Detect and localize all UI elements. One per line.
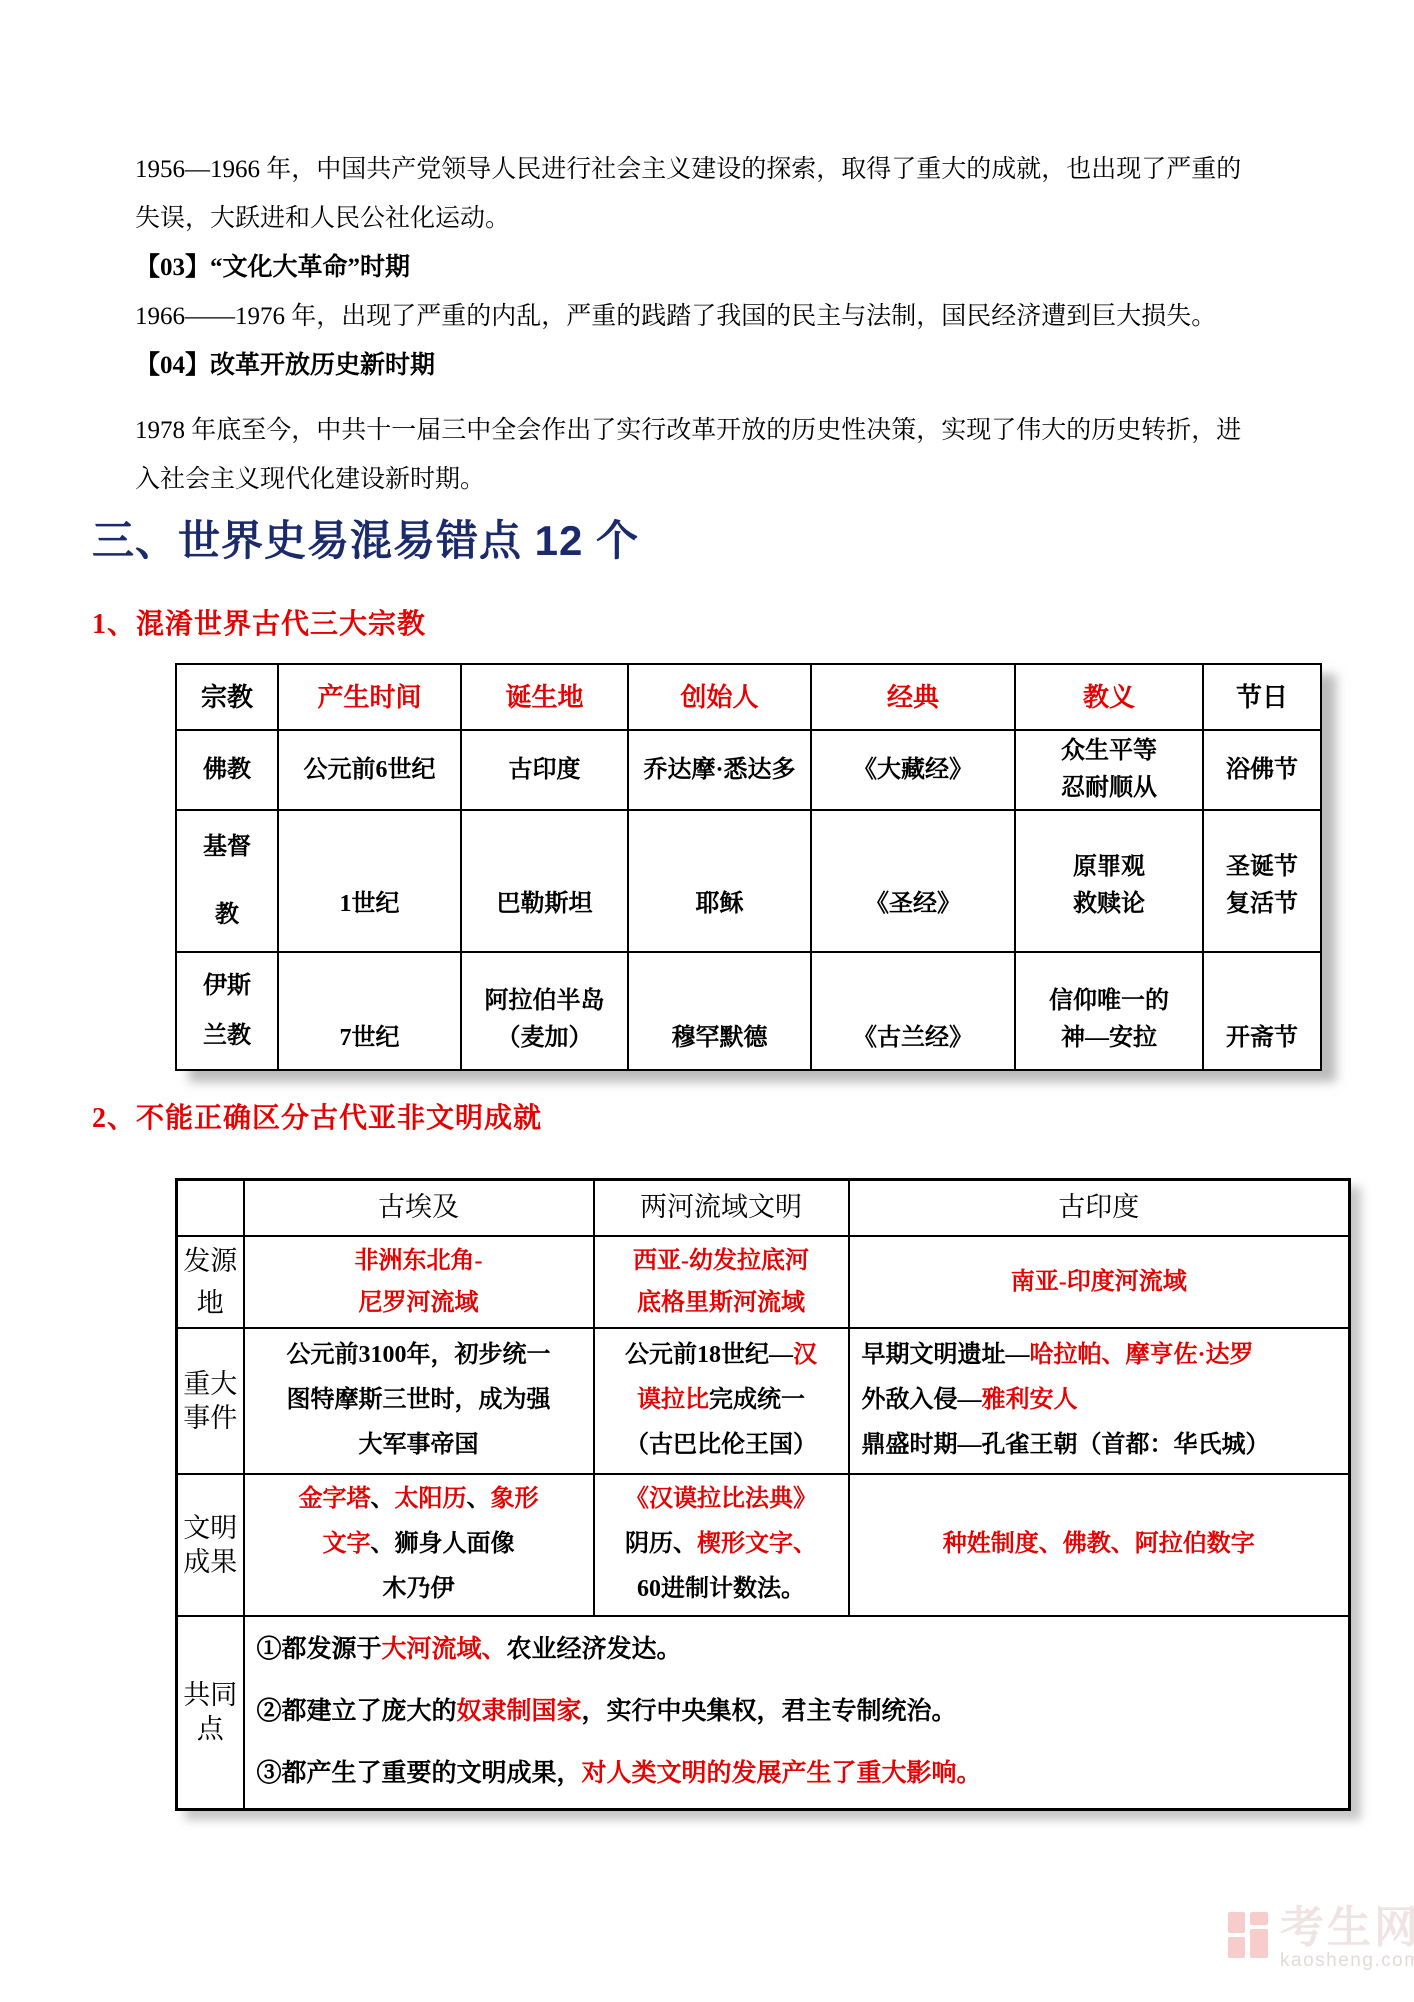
- text-segment: 圣诞节: [1226, 854, 1298, 880]
- text-segment: 浴佛节: [1226, 757, 1298, 783]
- text-line: 早期文明遗址—哈拉帕、摩亨佐·达罗: [862, 1333, 1347, 1378]
- text-line: 公元前6世纪: [281, 752, 458, 789]
- text-line: 巴勒斯坦: [464, 886, 625, 923]
- text-segment: 产生时间: [317, 683, 421, 712]
- text-line: 失误，大跃进和人民公社化运动。: [135, 194, 1325, 243]
- religions-table: 宗教产生时间诞生地创始人经典教义节日佛教公元前6世纪古印度乔达摩·悉达多《大藏经…: [175, 663, 1322, 1071]
- text-line: ②都建立了庞大的奴隶制国家，实行中央集权，君主专制统治。: [257, 1681, 1347, 1743]
- header-cell: 古埃及: [244, 1180, 594, 1236]
- text-segment: 南亚-印度河流域: [1011, 1269, 1187, 1295]
- text-segment: 忍耐顺从: [1061, 775, 1157, 801]
- text-line: 事件: [178, 1401, 243, 1435]
- header-cell: 节日: [1203, 664, 1321, 730]
- text-line: 1978 年底至今，中共十一届三中全会作出了实行改革开放的历史性决策，实现了伟大…: [135, 406, 1325, 455]
- text-segment: 古埃及: [378, 1192, 459, 1222]
- text-line: 佛教: [179, 752, 275, 789]
- text-segment: 节日: [1236, 683, 1288, 712]
- section-title: 三、世界史易混易错点 12 个: [92, 508, 639, 568]
- text-segment: （麦加）: [497, 1025, 593, 1051]
- header-cell: 宗教: [176, 664, 278, 730]
- text-line: 谟拉比完成统一: [597, 1378, 846, 1423]
- text-segment: 种姓制度、佛教、阿拉伯数字: [943, 1531, 1255, 1557]
- header-cell: 两河流域文明: [594, 1180, 849, 1236]
- text-line: 【03】“文化大革命”时期: [135, 243, 1325, 292]
- table-cell: 原罪观救赎论: [1015, 810, 1203, 952]
- text-segment: 哈拉帕、摩亨佐·达罗: [1030, 1342, 1254, 1368]
- table-cell: 公元前3100年，初步统一图特摩斯三世时，成为强大军事帝国: [244, 1328, 594, 1474]
- header-cell: 创始人: [628, 664, 811, 730]
- text-segment: 金字塔: [299, 1486, 371, 1512]
- table-cell: 众生平等忍耐顺从: [1015, 730, 1203, 810]
- table-cell: ①都发源于大河流域、农业经济发达。②都建立了庞大的奴隶制国家，实行中央集权，君主…: [244, 1616, 1350, 1810]
- text-line: 点: [178, 1712, 243, 1746]
- table-row: 伊斯兰教7世纪阿拉伯半岛（麦加）穆罕默德《古兰经》信仰唯一的神—安拉开斋节: [176, 952, 1321, 1070]
- text-segment: 两河流域文明: [640, 1192, 802, 1222]
- text-segment: 阴历、: [625, 1531, 697, 1557]
- text-segment: 非洲东北角-: [355, 1248, 483, 1274]
- text-segment: 经典: [887, 683, 939, 712]
- text-segment: 图特摩斯三世时，成为强: [287, 1387, 551, 1413]
- text-segment: 基督: [203, 834, 251, 860]
- table-cell: 《汉谟拉比法典》阴历、楔形文字、60进制计数法。: [594, 1474, 849, 1616]
- text-segment: 诞生地: [505, 683, 583, 712]
- text-segment: 大军事帝国: [359, 1432, 479, 1458]
- table-cell: 圣诞节复活节: [1203, 810, 1321, 952]
- text-segment: 地: [197, 1288, 224, 1318]
- text-line: 古印度: [464, 752, 625, 789]
- text-line: 60进制计数法。: [597, 1567, 846, 1612]
- watermark-text: 考生网 kaosheng.com: [1280, 1908, 1414, 1972]
- text-segment: 救赎论: [1073, 891, 1145, 917]
- text-segment: 外敌入侵—: [862, 1387, 982, 1413]
- table-row: 基督教1世纪巴勒斯坦耶稣《圣经》原罪观救赎论圣诞节复活节: [176, 810, 1321, 952]
- row-label-cell: 重大事件: [177, 1328, 244, 1474]
- text-segment: 文字: [323, 1531, 371, 1557]
- header-cell: 产生时间: [278, 664, 461, 730]
- text-segment: 成果: [183, 1547, 237, 1577]
- row-label-cell: 佛教: [176, 730, 278, 810]
- table-row: 文明成果金字塔、太阳历、象形文字、狮身人面像木乃伊《汉谟拉比法典》阴历、楔形文字…: [177, 1474, 1350, 1616]
- text-segment: 象形: [491, 1486, 539, 1512]
- text-line: ①都发源于大河流域、农业经济发达。: [257, 1619, 1347, 1681]
- civilizations-table: 古埃及两河流域文明古印度发源地非洲东北角-尼罗河流域西亚-幼发拉底河底格里斯河流…: [175, 1178, 1351, 1811]
- row-label-cell: 伊斯兰教: [176, 952, 278, 1070]
- text-line: 公元前18世纪—汉: [597, 1333, 846, 1378]
- text-segment: 事件: [183, 1403, 237, 1433]
- text-segment: 1978 年底至今，中共十一届三中全会作出了实行改革开放的历史性决策，实现了伟大…: [135, 417, 1241, 444]
- subheading-religions: 1、混淆世界古代三大宗教: [92, 602, 426, 642]
- text-segment: 底格里斯河流域: [637, 1290, 805, 1316]
- text-segment: 开斋节: [1226, 1025, 1298, 1051]
- table-cell: 古印度: [461, 730, 628, 810]
- text-line: 《大藏经》: [814, 752, 1012, 789]
- header-cell: 教义: [1015, 664, 1203, 730]
- text-segment: 完成统一: [709, 1387, 805, 1413]
- text-segment: ①都发源于: [257, 1636, 382, 1663]
- text-segment: 公元前3100年，初步统一: [287, 1342, 551, 1368]
- text-segment: 1966——1976 年，出现了严重的内乱，严重的践踏了我国的民主与法制，国民经…: [135, 303, 1216, 330]
- row-label-cell: 共同点: [177, 1616, 244, 1810]
- text-segment: 木乃伊: [383, 1576, 455, 1602]
- text-segment: 、: [467, 1486, 491, 1512]
- text-line: （麦加）: [464, 1020, 625, 1057]
- text-line: 非洲东北角-: [247, 1240, 591, 1282]
- text-segment: 失误，大跃进和人民公社化运动。: [135, 205, 510, 232]
- text-segment: 众生平等: [1061, 738, 1157, 764]
- text-segment: 教: [215, 902, 239, 928]
- table-header-row: 宗教产生时间诞生地创始人经典教义节日: [176, 664, 1321, 730]
- text-line: 创始人: [631, 679, 808, 716]
- text-segment: 点: [197, 1714, 224, 1744]
- text-segment: 巴勒斯坦: [497, 891, 593, 917]
- text-line: 古埃及: [247, 1185, 591, 1230]
- text-line: ③都产生了重要的文明成果，对人类文明的发展产生了重大影响。: [257, 1743, 1347, 1805]
- table-cell: 阿拉伯半岛（麦加）: [461, 952, 628, 1070]
- text-line: 成果: [178, 1545, 243, 1579]
- text-segment: 公元前6世纪: [304, 757, 436, 783]
- table-row: 发源地非洲东北角-尼罗河流域西亚-幼发拉底河底格里斯河流域南亚-印度河流域: [177, 1236, 1350, 1328]
- text-line: 《汉谟拉比法典》: [597, 1477, 846, 1522]
- table-cell: 信仰唯一的神—安拉: [1015, 952, 1203, 1070]
- table-row: 共同点①都发源于大河流域、农业经济发达。②都建立了庞大的奴隶制国家，实行中央集权…: [177, 1616, 1350, 1810]
- text-line: 《圣经》: [814, 886, 1012, 923]
- text-line: 阿拉伯半岛: [464, 983, 625, 1020]
- text-segment: 信仰唯一的: [1049, 988, 1169, 1014]
- text-line: 基督: [179, 813, 275, 881]
- text-segment: 公元前18世纪—: [625, 1342, 793, 1368]
- table-cell: 早期文明遗址—哈拉帕、摩亨佐·达罗外敌入侵—雅利安人鼎盛时期—孔雀王朝（首都：华…: [849, 1328, 1350, 1474]
- text-line: 忍耐顺从: [1018, 770, 1200, 807]
- text-line: 图特摩斯三世时，成为强: [247, 1378, 591, 1423]
- text-line: 【04】改革开放历史新时期: [135, 341, 1325, 390]
- text-segment: 《汉谟拉比法典》: [625, 1486, 817, 1512]
- text-segment: 【04】改革开放历史新时期: [135, 352, 435, 379]
- text-line: 教义: [1018, 679, 1200, 716]
- text-line: 兰教: [179, 1011, 275, 1061]
- text-segment: 神—安拉: [1061, 1025, 1157, 1051]
- document-page: 1956—1966 年，中国共产党领导人民进行社会主义建设的探索，取得了重大的成…: [0, 0, 1414, 2002]
- text-segment: 创始人: [680, 683, 758, 712]
- text-segment: 耶稣: [696, 891, 744, 917]
- religions-table-body: 宗教产生时间诞生地创始人经典教义节日佛教公元前6世纪古印度乔达摩·悉达多《大藏经…: [176, 664, 1321, 1070]
- text-line: 古印度: [852, 1185, 1347, 1230]
- text-line: 文字、狮身人面像: [247, 1522, 591, 1567]
- text-line: 众生平等: [1018, 733, 1200, 770]
- text-segment: 古印度: [509, 757, 581, 783]
- watermark: 考生网 kaosheng.com: [1228, 1908, 1414, 1972]
- text-line: 耶稣: [631, 886, 808, 923]
- kaosheng-logo-icon: [1228, 1912, 1268, 1960]
- text-segment: 文明: [183, 1513, 237, 1543]
- table-cell: 《圣经》: [811, 810, 1015, 952]
- table-cell: 非洲东北角-尼罗河流域: [244, 1236, 594, 1328]
- text-line: 穆罕默德: [631, 1020, 808, 1057]
- text-line: 诞生地: [464, 679, 625, 716]
- text-line: 外敌入侵—雅利安人: [862, 1378, 1347, 1423]
- text-line: 圣诞节: [1206, 849, 1318, 886]
- table-row: 重大事件公元前3100年，初步统一图特摩斯三世时，成为强大军事帝国公元前18世纪…: [177, 1328, 1350, 1474]
- text-line: 复活节: [1206, 886, 1318, 923]
- text-line: 1966——1976 年，出现了严重的内乱，严重的践踏了我国的民主与法制，国民经…: [135, 292, 1325, 341]
- table-row: 佛教公元前6世纪古印度乔达摩·悉达多《大藏经》众生平等忍耐顺从浴佛节: [176, 730, 1321, 810]
- text-segment: 谟拉比: [637, 1387, 709, 1413]
- text-segment: 佛教: [203, 757, 251, 783]
- text-segment: 60进制计数法。: [637, 1576, 805, 1602]
- text-line: 伊斯: [179, 961, 275, 1011]
- text-segment: 教义: [1083, 683, 1135, 712]
- text-line: 入社会主义现代化建设新时期。: [135, 455, 1325, 504]
- text-line: 鼎盛时期—孔雀王朝（首都：华氏城）: [862, 1423, 1347, 1468]
- text-segment: 对人类文明的发展产生了重大影响。: [582, 1760, 982, 1787]
- paragraph: 1978 年底至今，中共十一届三中全会作出了实行改革开放的历史性决策，实现了伟大…: [135, 406, 1325, 504]
- row-label-cell: 基督教: [176, 810, 278, 952]
- text-segment: 鼎盛时期—孔雀王朝（首都：华氏城）: [862, 1432, 1270, 1458]
- text-line: 神—安拉: [1018, 1020, 1200, 1057]
- text-line: 西亚-幼发拉底河: [597, 1240, 846, 1282]
- text-segment: 宗教: [201, 683, 253, 712]
- text-segment: 奴隶制国家: [457, 1698, 582, 1725]
- text-line: 经典: [814, 679, 1012, 716]
- watermark-site-name: 考生网: [1280, 1908, 1414, 1948]
- subheading-civilizations: 2、不能正确区分古代亚非文明成就: [92, 1096, 542, 1136]
- text-line: 大军事帝国: [247, 1423, 591, 1468]
- table-cell: 浴佛节: [1203, 730, 1321, 810]
- text-segment: 古印度: [1058, 1192, 1139, 1222]
- table-cell: 1世纪: [278, 810, 461, 952]
- header-cell: 经典: [811, 664, 1015, 730]
- table-cell: 耶稣: [628, 810, 811, 952]
- text-segment: 雅利安人: [982, 1387, 1078, 1413]
- text-line: 1956—1966 年，中国共产党领导人民进行社会主义建设的探索，取得了重大的成…: [135, 145, 1325, 194]
- text-segment: ，实行中央集权，君主专制统治。: [582, 1698, 957, 1725]
- text-line: 公元前3100年，初步统一: [247, 1333, 591, 1378]
- text-line: 发源: [178, 1240, 243, 1282]
- table-cell: 7世纪: [278, 952, 461, 1070]
- table-cell: 巴勒斯坦: [461, 810, 628, 952]
- text-segment: 兰教: [203, 1023, 251, 1049]
- text-line: 教: [179, 881, 275, 949]
- text-line: 尼罗河流域: [247, 1282, 591, 1324]
- text-line: 木乃伊: [247, 1567, 591, 1612]
- text-segment: 汉: [793, 1342, 817, 1368]
- text-line: 浴佛节: [1206, 752, 1318, 789]
- text-line: 种姓制度、佛教、阿拉伯数字: [852, 1522, 1347, 1567]
- text-line: 阴历、楔形文字、: [597, 1522, 846, 1567]
- text-line: 地: [178, 1282, 243, 1324]
- text-segment: 早期文明遗址—: [862, 1342, 1030, 1368]
- text-segment: 穆罕默德: [672, 1025, 768, 1051]
- paragraph: 【03】“文化大革命”时期: [135, 243, 1325, 292]
- text-segment: 7世纪: [340, 1025, 400, 1051]
- text-line: 重大: [178, 1367, 243, 1401]
- text-segment: 乔达摩·悉达多: [643, 757, 795, 783]
- text-line: 信仰唯一的: [1018, 983, 1200, 1020]
- text-line: 节日: [1206, 679, 1318, 716]
- text-segment: 复活节: [1226, 891, 1298, 917]
- table-cell: 《古兰经》: [811, 952, 1015, 1070]
- text-line: 乔达摩·悉达多: [631, 752, 808, 789]
- text-line: 原罪观: [1018, 849, 1200, 886]
- text-segment: 、: [371, 1486, 395, 1512]
- text-line: 救赎论: [1018, 886, 1200, 923]
- table-cell: 穆罕默德: [628, 952, 811, 1070]
- table-cell: 西亚-幼发拉底河底格里斯河流域: [594, 1236, 849, 1328]
- text-segment: 、狮身人面像: [371, 1531, 515, 1557]
- text-line: 金字塔、太阳历、象形: [247, 1477, 591, 1522]
- text-segment: 大河流域、: [382, 1636, 507, 1663]
- text-segment: 《古兰经》: [853, 1025, 973, 1051]
- header-cell: 诞生地: [461, 664, 628, 730]
- text-line: 两河流域文明: [597, 1185, 846, 1230]
- text-segment: 太阳历: [395, 1486, 467, 1512]
- text-segment: 农业经济发达。: [507, 1636, 682, 1663]
- text-segment: 入社会主义现代化建设新时期。: [135, 466, 485, 493]
- text-line: 《古兰经》: [814, 1020, 1012, 1057]
- text-line: 产生时间: [281, 679, 458, 716]
- table-cell: 种姓制度、佛教、阿拉伯数字: [849, 1474, 1350, 1616]
- table-cell: 《大藏经》: [811, 730, 1015, 810]
- text-segment: 阿拉伯半岛: [485, 988, 605, 1014]
- table-cell: 金字塔、太阳历、象形文字、狮身人面像木乃伊: [244, 1474, 594, 1616]
- paragraph: 【04】改革开放历史新时期: [135, 341, 1325, 390]
- table-header-row: 古埃及两河流域文明古印度: [177, 1180, 1350, 1236]
- text-line: 开斋节: [1206, 1020, 1318, 1057]
- text-segment: ②都建立了庞大的: [257, 1698, 457, 1725]
- paragraph: 1966——1976 年，出现了严重的内乱，严重的践踏了我国的民主与法制，国民经…: [135, 292, 1325, 341]
- table-cell: 南亚-印度河流域: [849, 1236, 1350, 1328]
- text-segment: 发源: [183, 1246, 237, 1276]
- row-label-cell: 文明成果: [177, 1474, 244, 1616]
- text-segment: 原罪观: [1073, 854, 1145, 880]
- paragraph: 1956—1966 年，中国共产党领导人民进行社会主义建设的探索，取得了重大的成…: [135, 145, 1325, 243]
- text-segment: 《大藏经》: [853, 757, 973, 783]
- text-segment: 尼罗河流域: [359, 1290, 479, 1316]
- text-segment: 【03】“文化大革命”时期: [135, 254, 410, 281]
- text-line: 文明: [178, 1511, 243, 1545]
- row-label-cell: 发源地: [177, 1236, 244, 1328]
- table-cell: 公元前18世纪—汉谟拉比完成统一（古巴比伦王国）: [594, 1328, 849, 1474]
- text-line: 底格里斯河流域: [597, 1282, 846, 1324]
- text-segment: 西亚-幼发拉底河: [633, 1248, 809, 1274]
- text-line: 南亚-印度河流域: [852, 1261, 1347, 1303]
- text-segment: 共同: [183, 1680, 237, 1710]
- civilizations-table-body: 古埃及两河流域文明古印度发源地非洲东北角-尼罗河流域西亚-幼发拉底河底格里斯河流…: [177, 1180, 1350, 1810]
- text-segment: （古巴比伦王国）: [625, 1432, 817, 1458]
- text-segment: 1世纪: [340, 891, 400, 917]
- text-segment: 楔形文字、: [697, 1531, 817, 1557]
- text-segment: 1956—1966 年，中国共产党领导人民进行社会主义建设的探索，取得了重大的成…: [135, 156, 1241, 183]
- header-cell: 古印度: [849, 1180, 1350, 1236]
- intro-paragraphs: 1956—1966 年，中国共产党领导人民进行社会主义建设的探索，取得了重大的成…: [135, 145, 1325, 504]
- watermark-site-url: kaosheng.com: [1280, 1950, 1414, 1972]
- table-cell: 乔达摩·悉达多: [628, 730, 811, 810]
- header-cell: [177, 1180, 244, 1236]
- text-line: 宗教: [179, 679, 275, 716]
- text-segment: 《圣经》: [865, 891, 961, 917]
- text-segment: 重大: [183, 1369, 237, 1399]
- table-cell: 开斋节: [1203, 952, 1321, 1070]
- text-segment: ③都产生了重要的文明成果，: [257, 1760, 582, 1787]
- text-line: 1世纪: [281, 886, 458, 923]
- table-cell: 公元前6世纪: [278, 730, 461, 810]
- text-line: 7世纪: [281, 1020, 458, 1057]
- text-segment: 伊斯: [203, 973, 251, 999]
- text-line: 共同: [178, 1678, 243, 1712]
- text-line: （古巴比伦王国）: [597, 1423, 846, 1468]
